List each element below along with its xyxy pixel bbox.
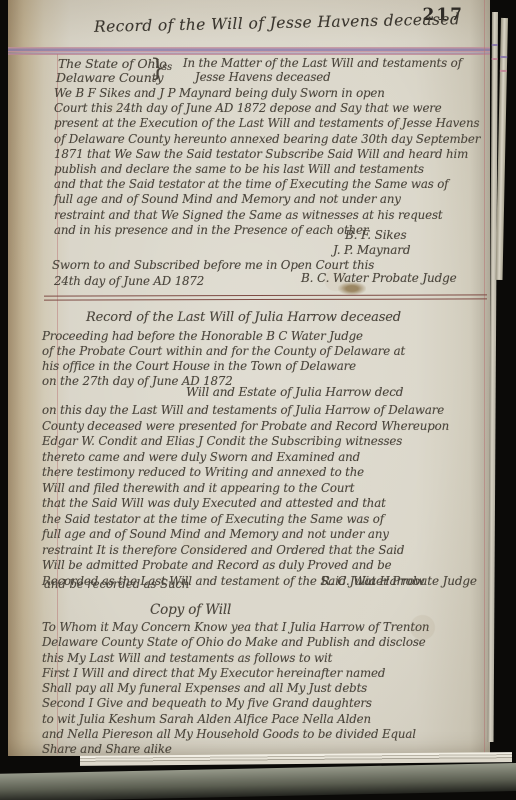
handwritten-line: full age and of Sound Mind and Memory an…	[54, 192, 480, 207]
handwritten-line: thereto came and were duly Sworn and Exa…	[42, 450, 449, 466]
handwritten-line: Court this 24th day of June AD 1872 depo…	[54, 101, 480, 116]
handwritten-line: of Delaware County hereunto annexed bear…	[54, 132, 480, 147]
caption-matter-line2: Jesse Havens deceased	[195, 70, 331, 84]
header-rule-band	[8, 46, 490, 55]
handwritten-line: Delaware County State of Ohio do Make an…	[42, 635, 429, 650]
handwritten-line: there testimony reduced to Writing and a…	[42, 465, 449, 481]
handwritten-line: restraint It is therefore Considered and…	[42, 543, 449, 559]
caption-matter-line1: In the Matter of the Last Will and testa…	[183, 56, 462, 70]
handwritten-line: Edgar W. Condit and Elias J Condit the S…	[42, 434, 449, 450]
handwritten-line: publish and declare the same to be his l…	[54, 162, 480, 177]
section2-heading: Record of the Last Will of Julia Harrow …	[86, 310, 401, 325]
jurat-line-1: Sworn to and Subscribed before me in Ope…	[52, 258, 374, 272]
page-title: Record of the Will of Jesse Havens decea…	[94, 10, 461, 36]
section2-intro-lines: Proceeding had before the Honorable B C …	[42, 329, 405, 389]
handwritten-line: Second I Give and bequeath to My five Gr…	[42, 696, 429, 711]
witness-signature-1: B. F. Sikes	[345, 228, 406, 242]
edge-rule-mark	[492, 58, 498, 60]
handwritten-line: We B F Sikes and J P Maynard being duly …	[54, 86, 480, 101]
ledger-page: 217 Record of the Will of Jesse Havens d…	[8, 0, 490, 756]
photographed-ledger: 217 Record of the Will of Jesse Havens d…	[0, 0, 516, 800]
section2-subheading: Will and Estate of Julia Harrow decd	[186, 385, 403, 399]
handwritten-line: of the Probate Court within and for the …	[42, 344, 405, 359]
handwritten-line: restraint and that We Signed the Same as…	[54, 208, 480, 223]
handwritten-line: Will be admitted Probate and Record as d…	[42, 558, 449, 574]
edge-rule-mark	[492, 44, 498, 46]
handwritten-line: 1871 that We Saw the Said testator Subsc…	[54, 147, 480, 162]
jurat-line-2: 24th day of June AD 1872	[54, 274, 204, 288]
caption-ss: ss	[162, 62, 172, 73]
section2-body-lines: on this day the Last Will and testaments…	[42, 403, 449, 589]
witness-signature-2: J. P. Maynard	[333, 243, 410, 257]
edge-rule-mark	[500, 70, 507, 72]
handwritten-line: Shall pay all My funeral Expenses and al…	[42, 681, 429, 696]
handwritten-line: Will and filed therewith and it appearin…	[42, 481, 449, 497]
handwritten-line: full age and of Sound Mind and Memory an…	[42, 527, 449, 543]
handwritten-line: County deceased were presented for Proba…	[42, 419, 449, 435]
book-cover-edge	[0, 763, 516, 800]
handwritten-line: and that the Said testator at the time o…	[54, 177, 480, 192]
handwritten-line: that the Said Will was duly Executed and…	[42, 496, 449, 512]
handwritten-line: on this day the Last Will and testaments…	[42, 403, 449, 419]
handwritten-line: and Nella Piereson all My Household Good…	[42, 727, 429, 742]
will-body-lines: To Whom it May Concern Know yea that I J…	[42, 620, 429, 758]
handwritten-line: this My Last Will and testaments as foll…	[42, 651, 429, 666]
handwritten-line: his office in the Court House in the Tow…	[42, 359, 405, 374]
ink-blot	[338, 282, 366, 295]
right-margin-line	[484, 0, 485, 756]
handwritten-line: To Whom it May Concern Know yea that I J…	[42, 620, 429, 635]
handwritten-line: the Said testator at the time of Executi…	[42, 512, 449, 528]
handwritten-line: First I Will and direct that My Executor…	[42, 666, 429, 681]
handwritten-line: and in his presence and in the Presence …	[54, 223, 480, 238]
section-divider	[44, 294, 487, 300]
section2-closing-line: and be recorded as Such	[44, 577, 189, 591]
section1-body-lines: We B F Sikes and J P Maynard being duly …	[54, 86, 480, 238]
caption-county: Delaware County	[56, 70, 163, 85]
handwritten-line: to wit Julia Keshum Sarah Alden Alfice P…	[42, 712, 429, 727]
handwritten-line: present at the Execution of the Last Wil…	[54, 116, 480, 131]
judge-signature-1: B. C. Water Probate Judge	[301, 271, 457, 285]
edge-rule-mark	[500, 56, 507, 58]
copy-of-will-heading: Copy of Will	[150, 602, 231, 618]
handwritten-line: Proceeding had before the Honorable B C …	[42, 329, 405, 344]
judge-signature-2: R. C. Water Probate Judge	[321, 574, 477, 588]
